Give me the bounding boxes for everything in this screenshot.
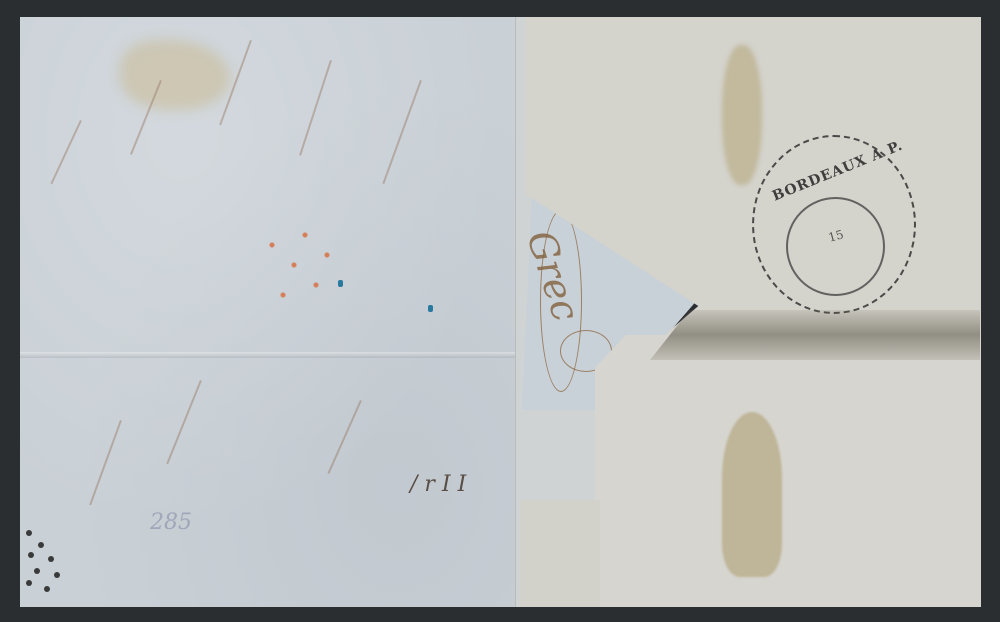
wax-seal-stain-bottom — [722, 412, 782, 577]
handwritten-marks: / r I I — [410, 472, 466, 497]
fold-shadow-band — [650, 310, 980, 360]
postmark-town-text: BORDEAUX A P. — [770, 137, 906, 204]
bordeaux-postmark: BORDEAUX A P. 15 — [752, 135, 916, 314]
scanned-letter-cover: 285 / r I I Grec BORDEAUX A P. 15 — [0, 0, 1000, 622]
blue-ink-speck — [428, 305, 433, 312]
lower-middle-flap — [520, 500, 600, 607]
faint-handwritten-number: 285 — [150, 510, 192, 535]
right-bottom-flap — [595, 335, 981, 607]
blue-ink-speck — [338, 280, 343, 287]
wax-seal-stain-top — [722, 45, 762, 185]
dotted-obliterator — [24, 530, 69, 600]
red-ink-cancel — [250, 215, 360, 315]
horizontal-fold-line — [20, 352, 520, 358]
